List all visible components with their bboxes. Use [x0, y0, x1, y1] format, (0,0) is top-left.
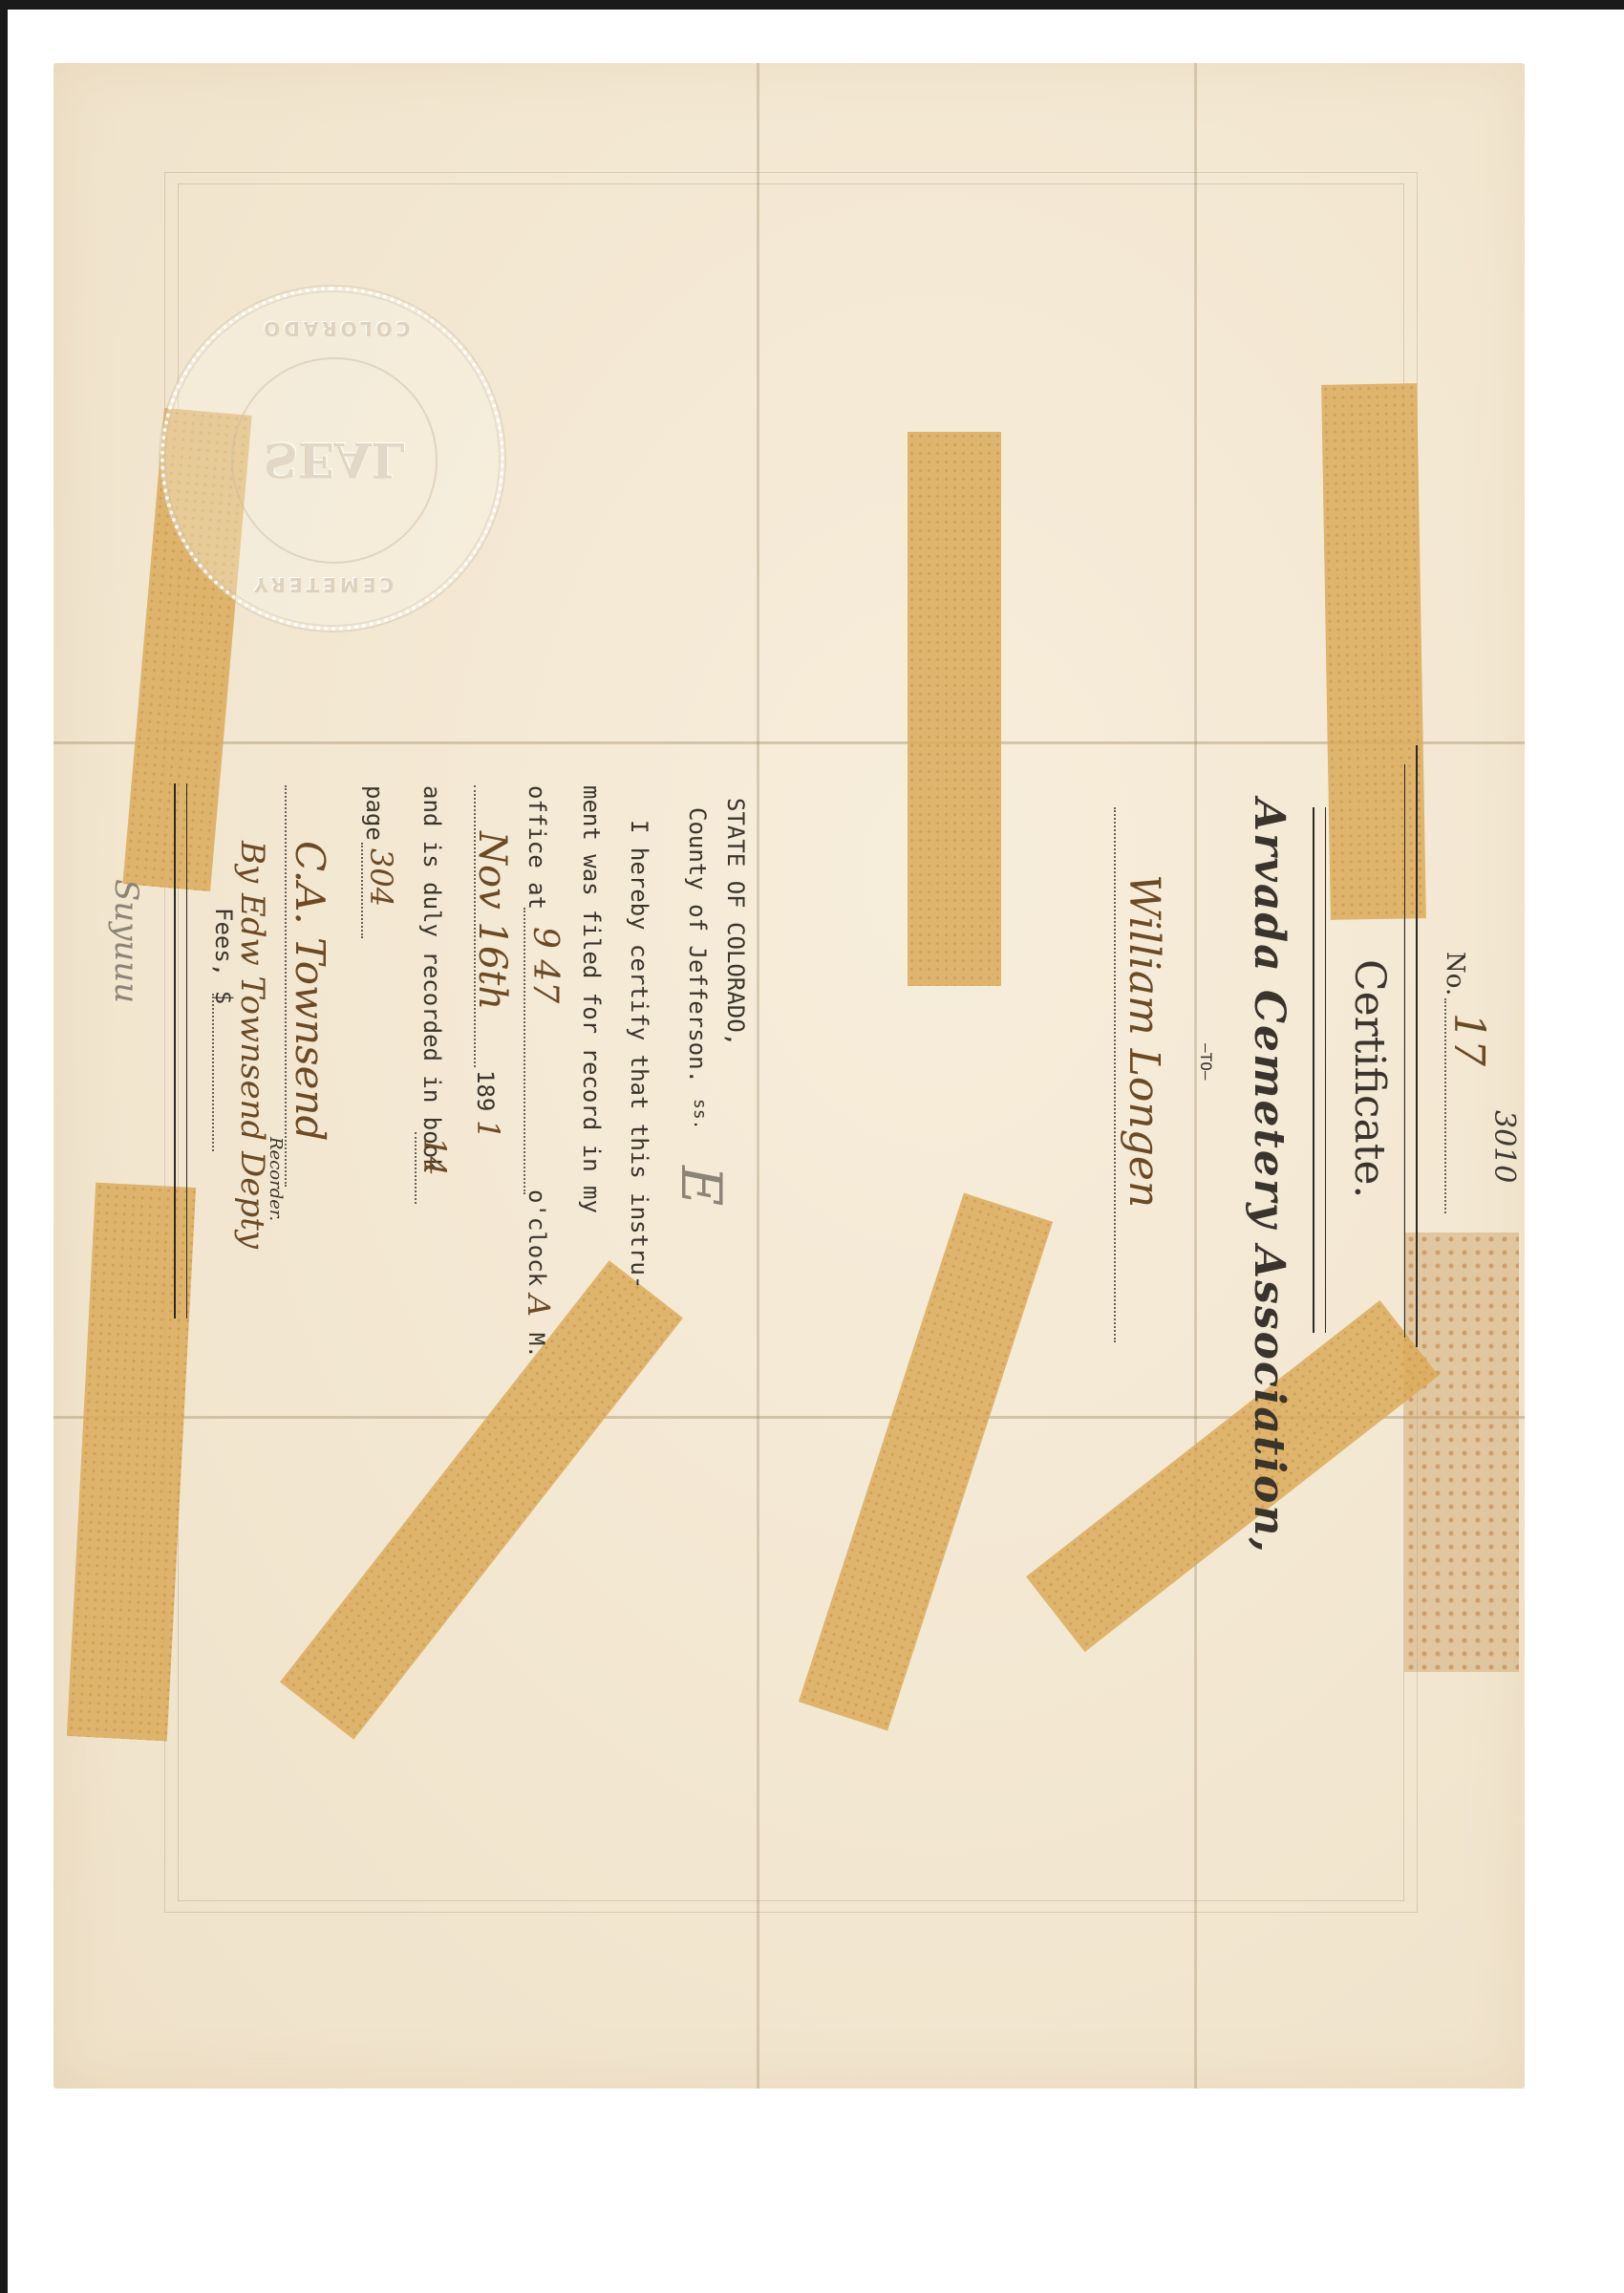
border-rule [1416, 745, 1418, 1347]
seal-inner-ring: SEAL [231, 357, 438, 564]
state-line: STATE OF COLORADO, [722, 798, 749, 1046]
to-label: —TO— [1197, 1043, 1215, 1081]
certify-line-1: I hereby certify that this instru- [626, 820, 652, 1289]
oclock-label: o'clock [524, 1189, 550, 1286]
embossed-seal: SEAL COLORADO CEMETERY [160, 287, 504, 631]
border-rule [174, 783, 176, 1318]
book-value: 14 [417, 1137, 453, 1176]
fees-label: Fees, $ [210, 908, 237, 1004]
tape-strip [908, 432, 1001, 986]
book-label: and is duly recorded in book [418, 785, 445, 1172]
fold-line [757, 63, 759, 2089]
certificate-number-label: No. [1441, 952, 1469, 996]
seal-ring-text-bottom: CEMETERY [250, 573, 394, 596]
year-handwritten: 1 [470, 1120, 506, 1139]
archive-annotation: 3010 [1487, 1110, 1521, 1183]
recipient-line [1114, 807, 1116, 1342]
tape-strip [1321, 383, 1426, 920]
ss-annotation: E [669, 1166, 734, 1206]
meridiem-value: A [521, 1295, 557, 1317]
border-rule [1325, 807, 1326, 1333]
county-line: County of Jefferson. [684, 807, 711, 1083]
fold-line [53, 741, 1525, 744]
border-rule [186, 783, 187, 1318]
seal-center-text: SEAL [233, 359, 436, 562]
recorder-label: Recorder. [266, 1137, 286, 1221]
page-value: 304 [363, 848, 399, 907]
stain [1404, 1232, 1519, 1672]
seal-ring-text-top: COLORADO [260, 317, 410, 340]
border-rule [1404, 764, 1405, 1338]
year-printed: 189 [472, 1070, 499, 1111]
pencil-note: Suyuuu [107, 879, 145, 1003]
scan-border-left [0, 0, 8, 2293]
date-value: Nov 16th [470, 831, 514, 1010]
fees-line [212, 994, 214, 1151]
border-rule [1313, 807, 1314, 1333]
time-value: 9 47 [525, 927, 565, 1003]
certificate-title: Certificate. [1345, 959, 1394, 1198]
recorder-signature: C.A. Townsend [287, 841, 333, 1141]
office-at-label: office at [524, 785, 550, 910]
page-label: page [361, 785, 388, 841]
ss-label: ss. [690, 1099, 710, 1130]
certify-line-2: ment was filed for record in my [578, 785, 605, 1213]
meridiem-suffix: M. [524, 1333, 547, 1359]
scan-border-top [0, 0, 1624, 10]
certificate-number-value: 17 [1444, 1013, 1493, 1066]
recipient-name: William Longen [1120, 874, 1168, 1208]
issuer-name: Arvada Cemetery Association, [1245, 799, 1293, 1554]
